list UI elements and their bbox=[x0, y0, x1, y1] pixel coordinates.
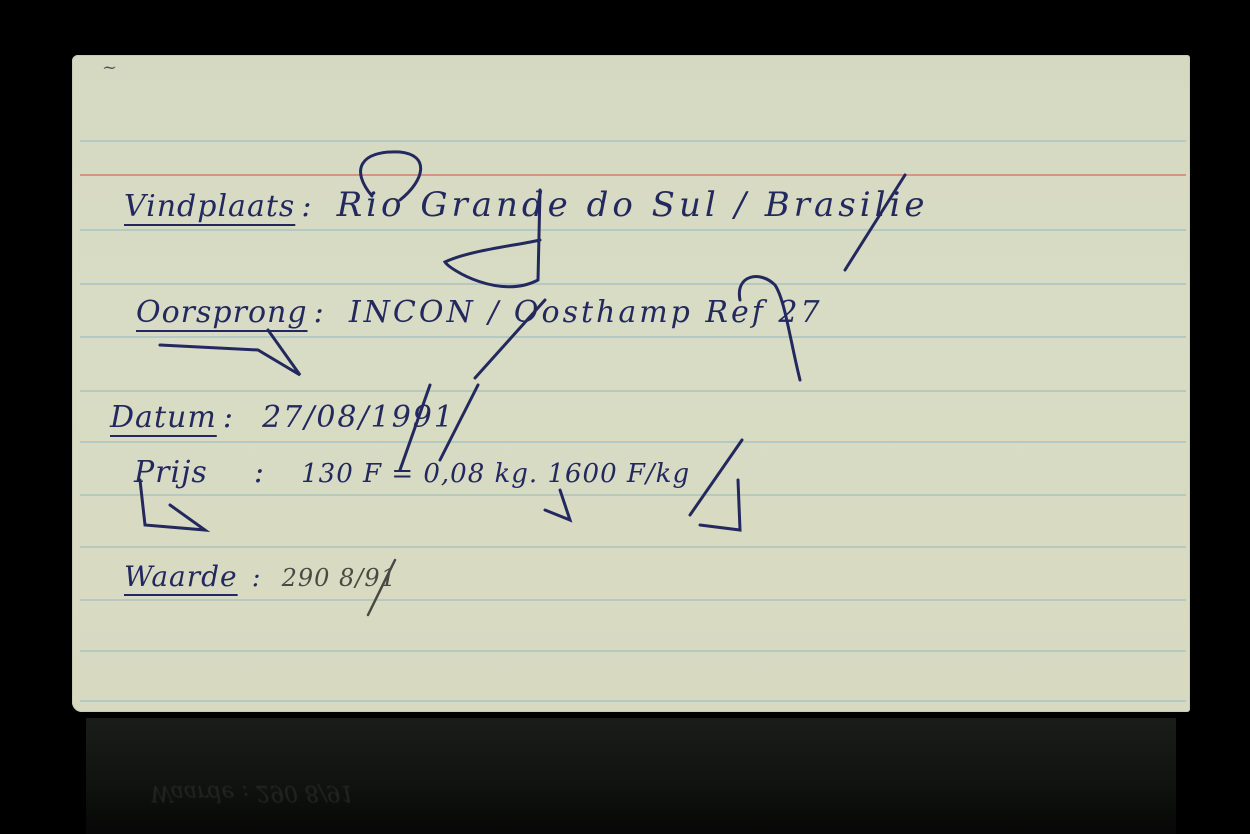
field-value-pencil: 290 8/91 bbox=[282, 564, 397, 592]
ruled-line bbox=[80, 229, 1186, 231]
ruled-line bbox=[80, 283, 1186, 285]
field-separator: : bbox=[252, 563, 262, 593]
field-row-prijs: Prijs : 130 F = 0,08 kg. 1600 F/kg bbox=[134, 455, 690, 490]
ruled-line bbox=[80, 650, 1186, 652]
ruled-line bbox=[80, 390, 1186, 392]
field-row-oorsprong: Oorsprong : INCON / Oosthamp Ref 27 bbox=[136, 295, 823, 330]
field-label: Prijs bbox=[134, 455, 208, 490]
field-separator: : bbox=[223, 400, 234, 435]
field-value: INCON / Oosthamp Ref 27 bbox=[349, 295, 823, 330]
ruled-line bbox=[80, 700, 1186, 702]
field-value: Rio Grande do Sul / Brasilie bbox=[337, 185, 929, 225]
ruled-line bbox=[80, 336, 1186, 338]
field-separator: : bbox=[314, 295, 325, 330]
field-separator: : bbox=[254, 455, 265, 490]
ruled-line bbox=[80, 140, 1186, 142]
photo-stage: Waarde : 290 8/91 ~ Vindplaats : Rio Gra… bbox=[0, 0, 1250, 834]
reflection-text: Waarde : 290 8/91 bbox=[150, 780, 354, 805]
field-value: 27/08/1991 bbox=[262, 400, 455, 435]
ruled-line bbox=[80, 494, 1186, 496]
field-row-waarde: Waarde : 290 8/91 bbox=[124, 560, 397, 593]
index-card: ~ Vindplaats : Rio Grande do Sul / Brasi… bbox=[72, 55, 1190, 712]
field-label: Waarde bbox=[124, 560, 238, 593]
field-row-vindplaats: Vindplaats : Rio Grande do Sul / Brasili… bbox=[124, 185, 928, 225]
field-label: Oorsprong bbox=[136, 295, 308, 330]
field-label: Datum bbox=[110, 400, 217, 435]
field-value: 130 F = 0,08 kg. 1600 F/kg bbox=[301, 459, 690, 489]
field-label: Vindplaats bbox=[124, 189, 295, 224]
card-reflection bbox=[86, 718, 1176, 834]
ruled-line bbox=[80, 546, 1186, 548]
corner-mark: ~ bbox=[102, 57, 117, 78]
ruled-line bbox=[80, 599, 1186, 601]
field-row-datum: Datum : 27/08/1991 bbox=[110, 400, 455, 435]
ruled-line bbox=[80, 441, 1186, 443]
field-separator: : bbox=[301, 189, 312, 224]
red-header-line bbox=[80, 174, 1186, 176]
